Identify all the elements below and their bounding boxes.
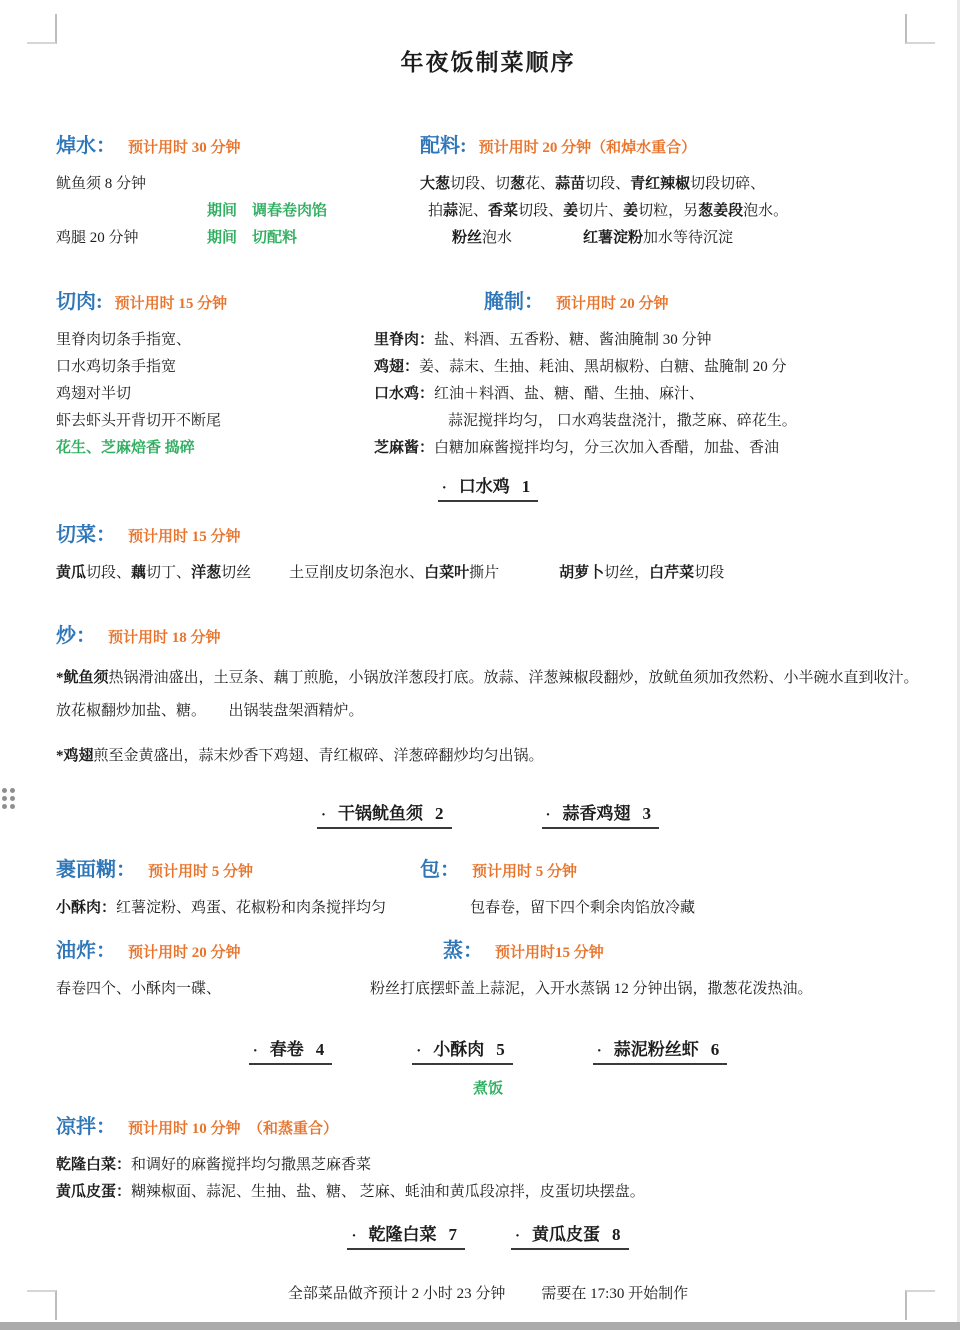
dish-row-4: · 乾隆白菜 7 · 黄瓜皮蛋 8 [56, 1220, 920, 1250]
batter-heading: 裹面糊： [56, 859, 136, 881]
cut-veg-time: 预计用时 15 分钟 [128, 529, 241, 545]
cut-meat-line-1: 里脊肉切条手指宽、 [56, 327, 374, 354]
blanch-heading: 焯水： [56, 135, 116, 157]
cold-mix-text: 和调好的麻酱搅拌均匀撒黑芝麻香菜 [131, 1157, 371, 1173]
section-cold-mix: 凉拌：预计用时 10 分钟 （和蒸重合） 乾隆白菜：和调好的麻酱搅拌均匀撒黑芝麻… [56, 1110, 920, 1206]
wrap-time: 预计用时 5 分钟 [472, 864, 577, 880]
ingredients-line-1: 大葱切段、切葱花、蒜苗切段、青红辣椒切段切碎、 [420, 171, 920, 198]
batter-line: 小酥肉：红薯淀粉、鸡蛋、花椒粉和肉条搅拌均匀 [56, 895, 420, 922]
page-title: 年夜饭制菜顺序 [56, 44, 920, 77]
batter-time: 预计用时 5 分钟 [148, 864, 253, 880]
dish-number: 6 [711, 1040, 720, 1060]
dish-item-koushuiji: · 口水鸡 1 [438, 472, 539, 502]
dish-number: 3 [643, 804, 652, 824]
dish-number: 7 [449, 1225, 458, 1245]
section-stir-fry: 炒：预计用时 18 分钟 *鱿鱼须热锅滑油盛出，土豆条、藕丁煎脆，小锅放洋葱段打… [56, 619, 920, 773]
cut-veg-group-2: 土豆削皮切条泡水、白菜叶撕片 [289, 560, 499, 587]
dish-name: 干锅鱿鱼须 [338, 799, 423, 824]
marinate-text: 白糖加麻酱搅拌均匀，分三次加入香醋，加盐、香油 [434, 440, 779, 456]
dish-name: 小酥肉 [433, 1035, 484, 1060]
cold-mix-label: 乾隆白菜： [56, 1157, 131, 1173]
dish-item-garlic-wings: · 蒜香鸡翅 3 [542, 799, 660, 829]
cold-mix-entry-cucumber: 黄瓜皮蛋：糊辣椒面、蒜泥、生抽、盐、糖、 芝麻、蚝油和黄瓜段凉拌，皮蛋切块摆盘。 [56, 1179, 920, 1206]
blanch-line-note: 期间 调春卷肉馅 [56, 198, 420, 225]
dish-row-3: · 春卷 4 · 小酥肉 5 · 蒜泥粉丝虾 6 [56, 1035, 920, 1065]
page-margin-mark-bottom-left [27, 1290, 57, 1320]
marinate-time: 预计用时 20 分钟 [556, 296, 669, 312]
marinate-entry-sesame: 芝麻酱：白糖加麻酱搅拌均匀，分三次加入香醋，加盐、香油 [374, 435, 920, 462]
steam-time: 预计用时15 分钟 [495, 945, 604, 961]
ingredients-line-2: 拍蒜泥、香菜切段、姜切片、姜切粒，另葱姜段泡水。 [420, 198, 920, 225]
cut-meat-heading: 切肉: [56, 291, 103, 313]
stir-fry-para-squid: *鱿鱼须热锅滑油盛出，土豆条、藕丁煎脆，小锅放洋葱段打底。放蒜、洋葱辣椒段翻炒，… [56, 662, 920, 728]
dish-number: 5 [496, 1040, 505, 1060]
steam-heading: 蒸： [443, 940, 483, 962]
dish-name: 春卷 [270, 1035, 304, 1060]
cold-mix-text: 糊辣椒面、蒜泥、生抽、盐、糖、 芝麻、蚝油和黄瓜段凉拌，皮蛋切块摆盘。 [131, 1184, 645, 1200]
bullet-icon: · [546, 807, 551, 824]
cut-meat-time: 预计用时 15 分钟 [115, 296, 228, 312]
cut-veg-group-3: 胡萝卜切丝，白芹菜切段 [559, 560, 724, 587]
section-wrap: 包：预计用时 5 分钟 包春卷，留下四个剩余肉馅放冷藏 [420, 853, 920, 922]
ingredients-time: 预计用时 20 分钟（和焯水重合） [479, 140, 697, 156]
bullet-icon: · [321, 807, 326, 824]
cut-meat-line-3: 鸡翅对半切 [56, 381, 374, 408]
section-ingredients: 配料:预计用时 20 分钟（和焯水重合） 大葱切段、切葱花、蒜苗切段、青红辣椒切… [420, 129, 920, 252]
cut-veg-heading: 切菜： [56, 524, 116, 546]
marinate-label: 芝麻酱： [374, 440, 434, 456]
stir-fry-heading: 炒： [56, 625, 96, 647]
page-margin-mark-top-right [905, 14, 935, 44]
blanch-note-filling: 期间 调春卷肉馅 [207, 198, 327, 225]
dish-item-garlic-shrimp: · 蒜泥粉丝虾 6 [593, 1035, 728, 1065]
marinate-heading: 腌制： [484, 291, 544, 313]
dish-item-spring-rolls: · 春卷 4 [249, 1035, 333, 1065]
section-marinate: 腌制：预计用时 20 分钟 里脊肉：盐、料酒、五香粉、糖、酱油腌制 30 分钟 … [374, 285, 920, 462]
dish-item-crispy-pork: · 小酥肉 5 [412, 1035, 513, 1065]
marinate-text: 盐、料酒、五香粉、糖、酱油腌制 30 分钟 [434, 332, 712, 348]
wrap-line: 包春卷，留下四个剩余肉馅放冷藏 [420, 895, 920, 922]
deep-fry-line: 春卷四个、小酥肉一碟、 [56, 976, 370, 1003]
section-batter: 裹面糊：预计用时 5 分钟 小酥肉：红薯淀粉、鸡蛋、花椒粉和肉条搅拌均匀 [56, 853, 420, 922]
cold-mix-time: 预计用时 10 分钟 （和蒸重合） [128, 1121, 338, 1137]
marinate-text: 红油＋料酒、盐、糖、醋、生抽、麻汁、 [434, 386, 704, 402]
blanch-note-cut: 期间 切配料 [207, 225, 297, 252]
blanch-line-chicken: 鸡腿 20 分钟期间 切配料 [56, 225, 420, 252]
section-row-fry-steam: 油炸：预计用时 20 分钟 春卷四个、小酥肉一碟、 蒸：预计用时15 分钟 粉丝… [56, 934, 920, 1003]
section-cut-veg: 切菜：预计用时 15 分钟 黄瓜切段、藕切丁、洋葱切丝 土豆削皮切条泡水、白菜叶… [56, 518, 920, 587]
marinate-label: 里脊肉： [374, 332, 434, 348]
bullet-icon: · [442, 480, 447, 497]
section-row-batter-wrap: 裹面糊：预计用时 5 分钟 小酥肉：红薯淀粉、鸡蛋、花椒粉和肉条搅拌均匀 包：预… [56, 853, 920, 922]
marinate-entry-pork: 里脊肉：盐、料酒、五香粉、糖、酱油腌制 30 分钟 [374, 327, 920, 354]
blanch-line-squid: 鱿鱼须 8 分钟 [56, 171, 420, 198]
summary-total-time: 全部菜品做齐预计 2 小时 23 分钟 [288, 1282, 506, 1303]
dish-number: 8 [612, 1225, 621, 1245]
page-margin-mark-top-left [27, 14, 57, 44]
wrap-heading: 包： [420, 859, 460, 881]
dish-item-squid: · 干锅鱿鱼须 2 [317, 799, 452, 829]
bullet-icon: · [416, 1043, 421, 1060]
dish-name: 黄瓜皮蛋 [532, 1220, 600, 1245]
dish-number: 2 [435, 804, 444, 824]
cut-meat-line-4: 虾去虾头开背切开不断尾 [56, 408, 374, 435]
ingredients-starch: 红薯淀粉加水等待沉淀 [583, 225, 733, 252]
dish-name: 蒜香鸡翅 [563, 799, 631, 824]
summary-start-time: 需要在 17:30 开始制作 [541, 1282, 688, 1303]
deep-fry-time: 预计用时 20 分钟 [128, 945, 241, 961]
dish-number: 1 [522, 477, 531, 497]
blanch-time: 预计用时 30 分钟 [128, 140, 241, 156]
stir-fry-time: 预计用时 18 分钟 [108, 630, 221, 646]
page-margin-mark-bottom-right [905, 1290, 935, 1320]
dish-name: 口水鸡 [459, 472, 510, 497]
marinate-entry-wings: 鸡翅：姜、蒜末、生抽、耗油、黑胡椒粉、白糖、盐腌制 20 分 [374, 354, 920, 381]
cut-meat-line-2: 口水鸡切条手指宽 [56, 354, 374, 381]
cold-mix-entry-cabbage: 乾隆白菜：和调好的麻酱搅拌均匀撒黑芝麻香菜 [56, 1152, 920, 1179]
ingredients-heading: 配料: [420, 135, 467, 157]
document-page: 年夜饭制菜顺序 焯水：预计用时 30 分钟 鱿鱼须 8 分钟 期间 调春卷肉馅 … [0, 44, 960, 1303]
marinate-entry-chicken-cont: 蒜泥搅拌均匀， 口水鸡装盘浇汁，撒芝麻、碎花生。 [374, 408, 920, 435]
cold-mix-label: 黄瓜皮蛋： [56, 1184, 131, 1200]
ingredients-vermicelli: 粉丝泡水 [452, 225, 512, 252]
drag-handle-icon[interactable] [2, 788, 18, 809]
marinate-text: 姜、蒜末、生抽、耗油、黑胡椒粉、白糖、盐腌制 20 分 [419, 359, 787, 375]
dish-name: 乾隆白菜 [369, 1220, 437, 1245]
dish-item-qianlong-cabbage: · 乾隆白菜 7 [347, 1220, 465, 1250]
dish-item-cucumber-egg: · 黄瓜皮蛋 8 [511, 1220, 629, 1250]
bottom-gray-bar [0, 1322, 960, 1330]
section-row-blanch-ingredients: 焯水：预计用时 30 分钟 鱿鱼须 8 分钟 期间 调春卷肉馅 鸡腿 20 分钟… [56, 129, 920, 252]
section-blanch: 焯水：预计用时 30 分钟 鱿鱼须 8 分钟 期间 调春卷肉馅 鸡腿 20 分钟… [56, 129, 420, 252]
blanch-chicken-text: 鸡腿 20 分钟 [56, 225, 207, 252]
bullet-icon: · [515, 1228, 520, 1245]
section-cut-meat: 切肉:预计用时 15 分钟 里脊肉切条手指宽、 口水鸡切条手指宽 鸡翅对半切 虾… [56, 285, 374, 462]
section-steam: 蒸：预计用时15 分钟 粉丝打底摆虾盖上蒜泥，入开水蒸锅 12 分钟出锅，撒葱花… [370, 934, 920, 1003]
marinate-text: 蒜泥搅拌均匀， 口水鸡装盘浇汁，撒芝麻、碎花生。 [448, 413, 797, 429]
dish-name: 蒜泥粉丝虾 [614, 1035, 699, 1060]
summary-line: 全部菜品做齐预计 2 小时 23 分钟 需要在 17:30 开始制作 [56, 1282, 920, 1303]
deep-fry-heading: 油炸： [56, 940, 116, 962]
marinate-entry-chicken: 口水鸡：红油＋料酒、盐、糖、醋、生抽、麻汁、 [374, 381, 920, 408]
dish-row-1: · 口水鸡 1 [56, 472, 920, 502]
bullet-icon: · [597, 1043, 602, 1060]
cut-veg-group-1: 黄瓜切段、藕切丁、洋葱切丝 [56, 560, 251, 587]
ingredients-line-3: 粉丝泡水 红薯淀粉加水等待沉淀 [420, 225, 920, 252]
marinate-label: 口水鸡： [374, 386, 434, 402]
cold-mix-heading: 凉拌： [56, 1116, 116, 1138]
bullet-icon: · [253, 1043, 258, 1060]
marinate-label: 鸡翅： [374, 359, 419, 375]
section-row-cutmeat-marinate: 切肉:预计用时 15 分钟 里脊肉切条手指宽、 口水鸡切条手指宽 鸡翅对半切 虾… [56, 285, 920, 462]
section-deep-fry: 油炸：预计用时 20 分钟 春卷四个、小酥肉一碟、 [56, 934, 370, 1003]
steam-line: 粉丝打底摆虾盖上蒜泥，入开水蒸锅 12 分钟出锅，撒葱花泼热油。 [370, 976, 920, 1003]
stir-fry-para-wings: *鸡翅煎至金黄盛出，蒜末炒香下鸡翅、青红椒碎、洋葱碎翻炒均匀出锅。 [56, 740, 920, 773]
dish-row-2: · 干锅鱿鱼须 2 · 蒜香鸡翅 3 [56, 799, 920, 829]
bullet-icon: · [351, 1228, 356, 1245]
cut-meat-note: 花生、芝麻焙香 捣碎 [56, 435, 374, 462]
rice-note: 煮饭 [56, 1077, 920, 1098]
dish-number: 4 [316, 1040, 325, 1060]
